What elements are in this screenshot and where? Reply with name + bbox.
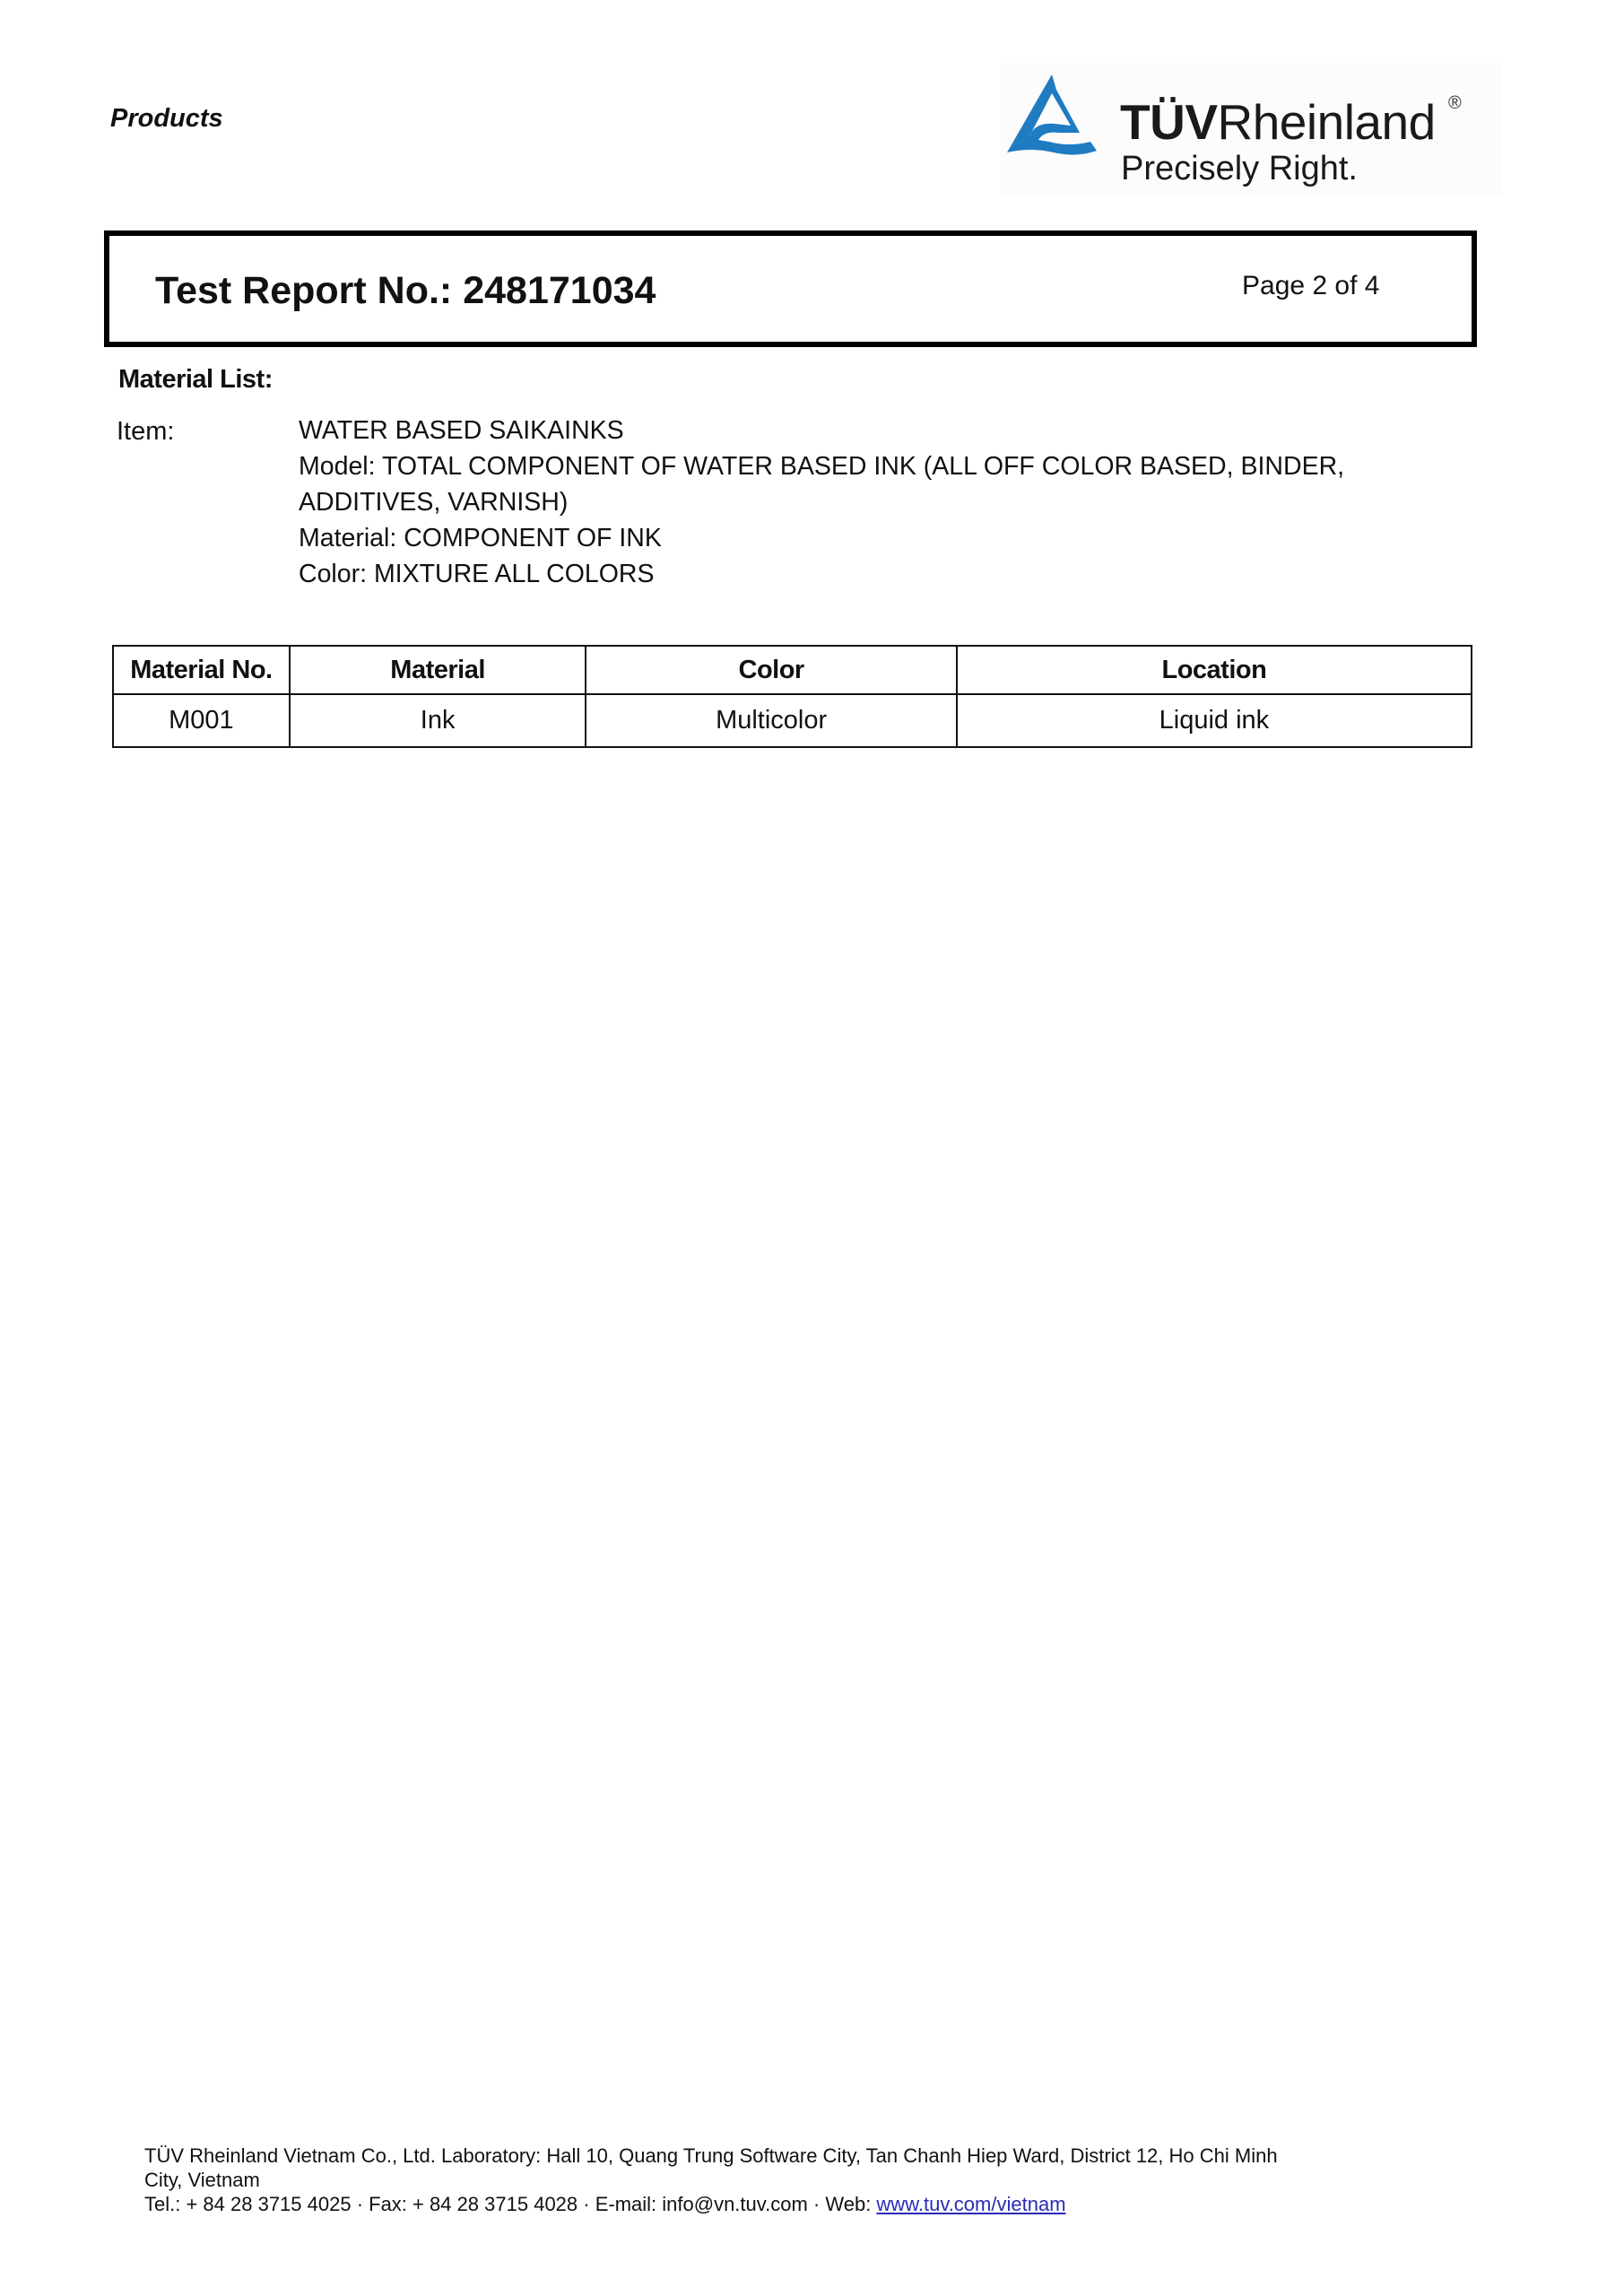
item-description: WATER BASED SAIKAINKS Model: TOTAL COMPO… <box>299 413 1344 592</box>
registered-mark-icon: ® <box>1448 93 1462 114</box>
item-model: Model: TOTAL COMPONENT OF WATER BASED IN… <box>299 448 1344 484</box>
cell-material-no: M001 <box>113 694 290 747</box>
cell-color: Multicolor <box>586 694 956 747</box>
material-list-heading: Material List: <box>118 363 273 396</box>
section-label: Products <box>110 102 223 135</box>
footer-address-continued: City, Vietnam <box>144 2168 1427 2192</box>
tuv-rheinland-logo: TÜVRheinland ® Precisely Right. <box>1000 63 1502 197</box>
item-name: WATER BASED SAIKAINKS <box>299 413 1344 448</box>
report-number-title: Test Report No.: 248171034 <box>155 268 656 313</box>
cell-material: Ink <box>290 694 586 747</box>
report-title-box: Test Report No.: 248171034 Page 2 of 4 <box>104 230 1477 347</box>
material-table: Material No. Material Color Location M00… <box>112 645 1472 748</box>
item-color: Color: MIXTURE ALL COLORS <box>299 556 1344 592</box>
footer-contact: Tel.: + 84 28 3715 4025 · Fax: + 84 28 3… <box>144 2192 1427 2216</box>
page-footer: TÜV Rheinland Vietnam Co., Ltd. Laborato… <box>144 2144 1427 2216</box>
column-header-color: Color <box>586 646 956 694</box>
item-label: Item: <box>117 415 174 448</box>
page-indicator: Page 2 of 4 <box>1242 271 1379 301</box>
footer-address: TÜV Rheinland Vietnam Co., Ltd. Laborato… <box>144 2144 1427 2168</box>
logo-brand-name: TÜVRheinland <box>1120 95 1436 149</box>
website-link[interactable]: www.tuv.com/vietnam <box>876 2193 1065 2215</box>
column-header-material-no: Material No. <box>113 646 290 694</box>
column-header-location: Location <box>957 646 1472 694</box>
table-row: M001 Ink Multicolor Liquid ink <box>113 694 1472 747</box>
table-header-row: Material No. Material Color Location <box>113 646 1472 694</box>
tuv-triangle-icon <box>1004 72 1103 161</box>
item-model-continued: ADDITIVES, VARNISH) <box>299 484 1344 520</box>
item-material: Material: COMPONENT OF INK <box>299 520 1344 556</box>
cell-location: Liquid ink <box>957 694 1472 747</box>
footer-contact-details: Tel.: + 84 28 3715 4025 · Fax: + 84 28 3… <box>144 2193 876 2215</box>
logo-tagline: Precisely Right. <box>1121 149 1358 188</box>
column-header-material: Material <box>290 646 586 694</box>
